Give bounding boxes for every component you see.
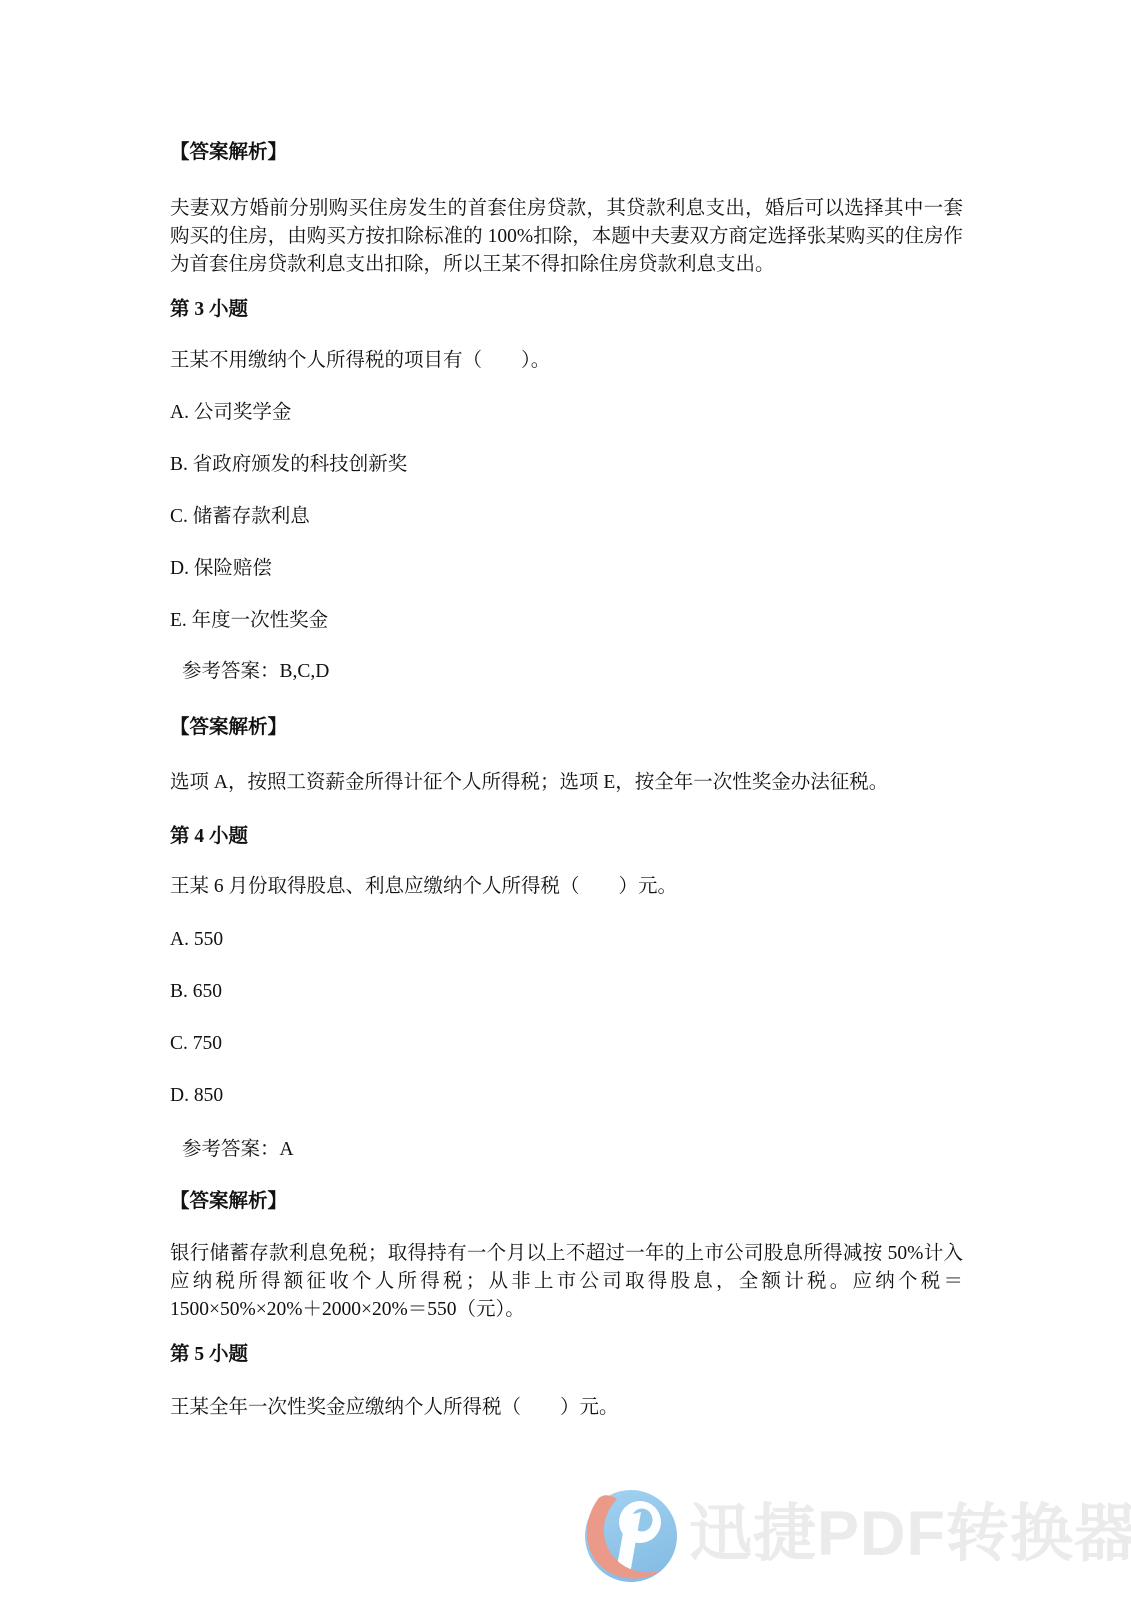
explanation-header-q2: 【答案解析】 <box>170 140 963 166</box>
explanation-header-q4: 【答案解析】 <box>170 1189 963 1215</box>
pdf-converter-brand-text: 迅捷PDF转换器 <box>689 1503 1131 1566</box>
question-4-option-c: C. 750 <box>170 1031 963 1057</box>
question-4-text: 王某 6 月份取得股息、利息应缴纳个人所得税（ ）元。 <box>170 874 963 900</box>
question-3-heading: 第 3 小题 <box>170 297 963 323</box>
question-3-answer: 参考答案：B,C,D <box>170 659 963 685</box>
question-4-heading: 第 4 小题 <box>170 824 963 850</box>
question-4-option-d: D. 850 <box>170 1083 963 1109</box>
question-3-option-b: B. 省政府颁发的科技创新奖 <box>170 452 963 478</box>
document-content: 【答案解析】 夫妻双方婚前分别购买住房发生的首套住房贷款，其贷款利息支出，婚后可… <box>0 0 1131 1421</box>
question-4-option-a: A. 550 <box>170 927 963 953</box>
question-3-option-c: C. 储蓄存款利息 <box>170 504 963 530</box>
question-3-text: 王某不用缴纳个人所得税的项目有（ ）。 <box>170 348 963 374</box>
pdf-converter-watermark: 迅捷PDF转换器 <box>581 1484 1131 1584</box>
document-page: 【答案解析】 夫妻双方婚前分别购买住房发生的首套住房贷款，其贷款利息支出，婚后可… <box>0 0 1131 1600</box>
explanation-header-q3: 【答案解析】 <box>170 715 963 741</box>
pdf-converter-logo-icon <box>581 1484 681 1584</box>
question-3-option-e: E. 年度一次性奖金 <box>170 608 963 634</box>
explanation-text-q4: 银行储蓄存款利息免税；取得持有一个月以上不超过一年的上市公司股息所得减按 50%… <box>170 1240 963 1324</box>
question-4-answer: 参考答案：A <box>170 1137 963 1163</box>
question-3-option-d: D. 保险赔偿 <box>170 556 963 582</box>
question-5-heading: 第 5 小题 <box>170 1342 963 1368</box>
question-5-text: 王某全年一次性奖金应缴纳个人所得税（ ）元。 <box>170 1395 963 1421</box>
explanation-text-q3: 选项 A，按照工资薪金所得计征个人所得税；选项 E，按全年一次性奖金办法征税。 <box>170 770 963 796</box>
question-3-option-a: A. 公司奖学金 <box>170 400 963 426</box>
explanation-text-q2: 夫妻双方婚前分别购买住房发生的首套住房贷款，其贷款利息支出，婚后可以选择其中一套… <box>170 195 963 279</box>
question-4-option-b: B. 650 <box>170 979 963 1005</box>
